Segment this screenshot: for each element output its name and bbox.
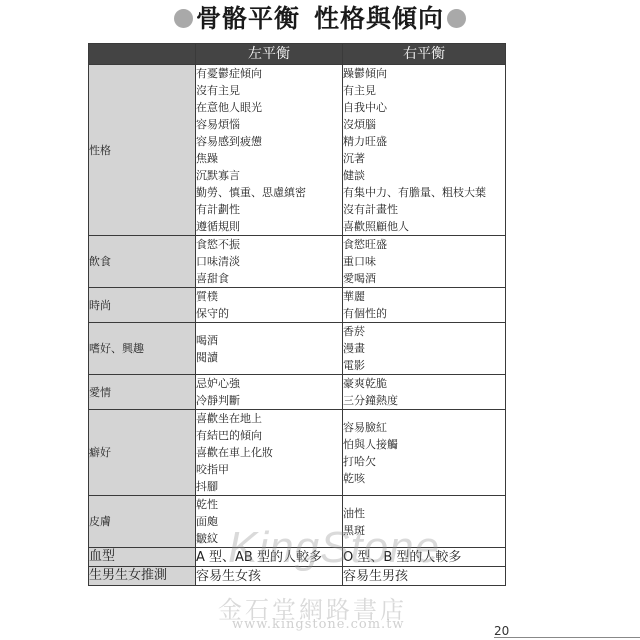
left-trait-item: 食慾不振 <box>196 236 342 253</box>
right-trait-item: 油性 <box>343 505 505 522</box>
left-trait-item: 忌妒心強 <box>196 375 342 392</box>
right-trait-item: 沉著 <box>343 150 505 167</box>
right-trait-item: 喜歡照顧他人 <box>343 218 505 235</box>
left-trait-item: 乾性 <box>196 496 342 513</box>
right-trait-item: 沒煩腦 <box>343 116 505 133</box>
watermark-brand: KingStone <box>228 523 440 573</box>
table-row: 愛情忌妒心強冷靜判斷豪爽乾脆三分鐘熱度 <box>89 375 506 410</box>
page-number: 20 <box>494 624 509 638</box>
right-trait-item: 打哈欠 <box>343 453 505 470</box>
right-balance-cell: 容易臉紅怕與人接觸打哈欠乾咳 <box>343 410 506 496</box>
right-trait-item: 有主見 <box>343 82 505 99</box>
left-balance-cell: 質樸保守的 <box>196 288 343 323</box>
right-trait-item: 容易臉紅 <box>343 419 505 436</box>
circle-bullet-icon <box>447 9 466 28</box>
left-trait-item: 口味清淡 <box>196 253 342 270</box>
left-balance-cell: 喝酒閱讀 <box>196 323 343 375</box>
right-trait-item: 沒有計畫性 <box>343 201 505 218</box>
title-part-1: 骨骼平衡 <box>196 4 300 33</box>
left-trait-item: 容易感到疲憊 <box>196 133 342 150</box>
right-balance-cell: 食慾旺盛重口味愛喝酒 <box>343 236 506 288</box>
table-header-row: 左平衡 右平衡 <box>89 44 506 65</box>
right-trait-item: 有個性的 <box>343 305 505 322</box>
left-balance-cell: 忌妒心強冷靜判斷 <box>196 375 343 410</box>
left-trait-item: 沉默寡言 <box>196 167 342 184</box>
row-category: 飲食 <box>89 236 196 288</box>
left-trait-item: 抖腳 <box>196 478 342 495</box>
left-trait-item: 在意他人眼光 <box>196 99 342 116</box>
balance-comparison-table: 左平衡 右平衡 性格有憂鬱症傾向沒有主見在意他人眼光容易煩惱容易感到疲憊焦躁沉默… <box>88 43 506 586</box>
left-trait-item: 咬指甲 <box>196 461 342 478</box>
right-trait-item: 乾咳 <box>343 470 505 487</box>
left-trait-item: 喜歡在車上化妝 <box>196 444 342 461</box>
circle-bullet-icon <box>174 9 193 28</box>
left-balance-cell: 喜歡坐在地上有結巴的傾向喜歡在車上化妝咬指甲抖腳 <box>196 410 343 496</box>
left-trait-item: 有結巴的傾向 <box>196 427 342 444</box>
right-trait-item: 豪爽乾脆 <box>343 375 505 392</box>
row-category: 時尚 <box>89 288 196 323</box>
row-category: 癖好 <box>89 410 196 496</box>
left-trait-item: 焦躁 <box>196 150 342 167</box>
left-trait-item: 沒有主見 <box>196 82 342 99</box>
right-trait-item: 怕與人接觸 <box>343 436 505 453</box>
right-trait-item: 漫畫 <box>343 340 505 357</box>
header-left-balance: 左平衡 <box>196 44 343 65</box>
left-trait-item: 冷靜判斷 <box>196 392 342 409</box>
right-trait-item: 愛喝酒 <box>343 270 505 287</box>
right-trait-item: 華麗 <box>343 288 505 305</box>
left-trait-item: 保守的 <box>196 305 342 322</box>
right-balance-cell: 豪爽乾脆三分鐘熱度 <box>343 375 506 410</box>
left-trait-item: 有憂鬱症傾向 <box>196 65 342 82</box>
row-category: 血型 <box>89 548 196 567</box>
right-balance-cell: 華麗有個性的 <box>343 288 506 323</box>
right-trait-item: 自我中心 <box>343 99 505 116</box>
left-trait-item: 喝酒 <box>196 332 342 349</box>
right-trait-item: 精力旺盛 <box>343 133 505 150</box>
left-trait-item: 容易煩惱 <box>196 116 342 133</box>
right-trait-item: 電影 <box>343 357 505 374</box>
table-row: 時尚質樸保守的華麗有個性的 <box>89 288 506 323</box>
right-trait-item: 重口味 <box>343 253 505 270</box>
header-blank <box>89 44 196 65</box>
table-row: 嗜好、興趣喝酒閱讀香菸漫畫電影 <box>89 323 506 375</box>
left-trait-item: 質樸 <box>196 288 342 305</box>
left-trait-item: 有計劃性 <box>196 201 342 218</box>
left-trait-item: 閱讀 <box>196 349 342 366</box>
row-category: 性格 <box>89 65 196 236</box>
right-trait-item: 香菸 <box>343 323 505 340</box>
left-balance-cell: 食慾不振口味清淡喜甜食 <box>196 236 343 288</box>
right-trait-item: 三分鐘熱度 <box>343 392 505 409</box>
page-title: 骨骼平衡性格與傾向 <box>0 2 640 36</box>
table-row: 飲食食慾不振口味清淡喜甜食食慾旺盛重口味愛喝酒 <box>89 236 506 288</box>
right-trait-item: 躁鬱傾向 <box>343 65 505 82</box>
left-balance-cell: 有憂鬱症傾向沒有主見在意他人眼光容易煩惱容易感到疲憊焦躁沉默寡言勤勞、慎重、思慮… <box>196 65 343 236</box>
row-category: 皮膚 <box>89 496 196 548</box>
title-part-2: 性格與傾向 <box>314 4 444 33</box>
watermark-url: www.kingstone.com.tw <box>232 617 405 632</box>
left-trait-item: 遵循規則 <box>196 218 342 235</box>
right-balance-cell: 躁鬱傾向有主見自我中心沒煩腦精力旺盛沉著健談有集中力、有膽量、粗枝大葉沒有計畫性… <box>343 65 506 236</box>
left-trait-item: 喜歡坐在地上 <box>196 410 342 427</box>
right-trait-item: 食慾旺盛 <box>343 236 505 253</box>
left-trait-item: 喜甜食 <box>196 270 342 287</box>
row-category: 愛情 <box>89 375 196 410</box>
page-number-rule <box>494 637 640 638</box>
table-row: 癖好喜歡坐在地上有結巴的傾向喜歡在車上化妝咬指甲抖腳容易臉紅怕與人接觸打哈欠乾咳 <box>89 410 506 496</box>
right-trait-item: 健談 <box>343 167 505 184</box>
row-category: 嗜好、興趣 <box>89 323 196 375</box>
row-category: 生男生女推測 <box>89 567 196 586</box>
header-right-balance: 右平衡 <box>343 44 506 65</box>
table-row: 性格有憂鬱症傾向沒有主見在意他人眼光容易煩惱容易感到疲憊焦躁沉默寡言勤勞、慎重、… <box>89 65 506 236</box>
left-trait-item: 勤勞、慎重、思慮縝密 <box>196 184 342 201</box>
right-balance-cell: 香菸漫畫電影 <box>343 323 506 375</box>
right-trait-item: 有集中力、有膽量、粗枝大葉 <box>343 184 505 201</box>
